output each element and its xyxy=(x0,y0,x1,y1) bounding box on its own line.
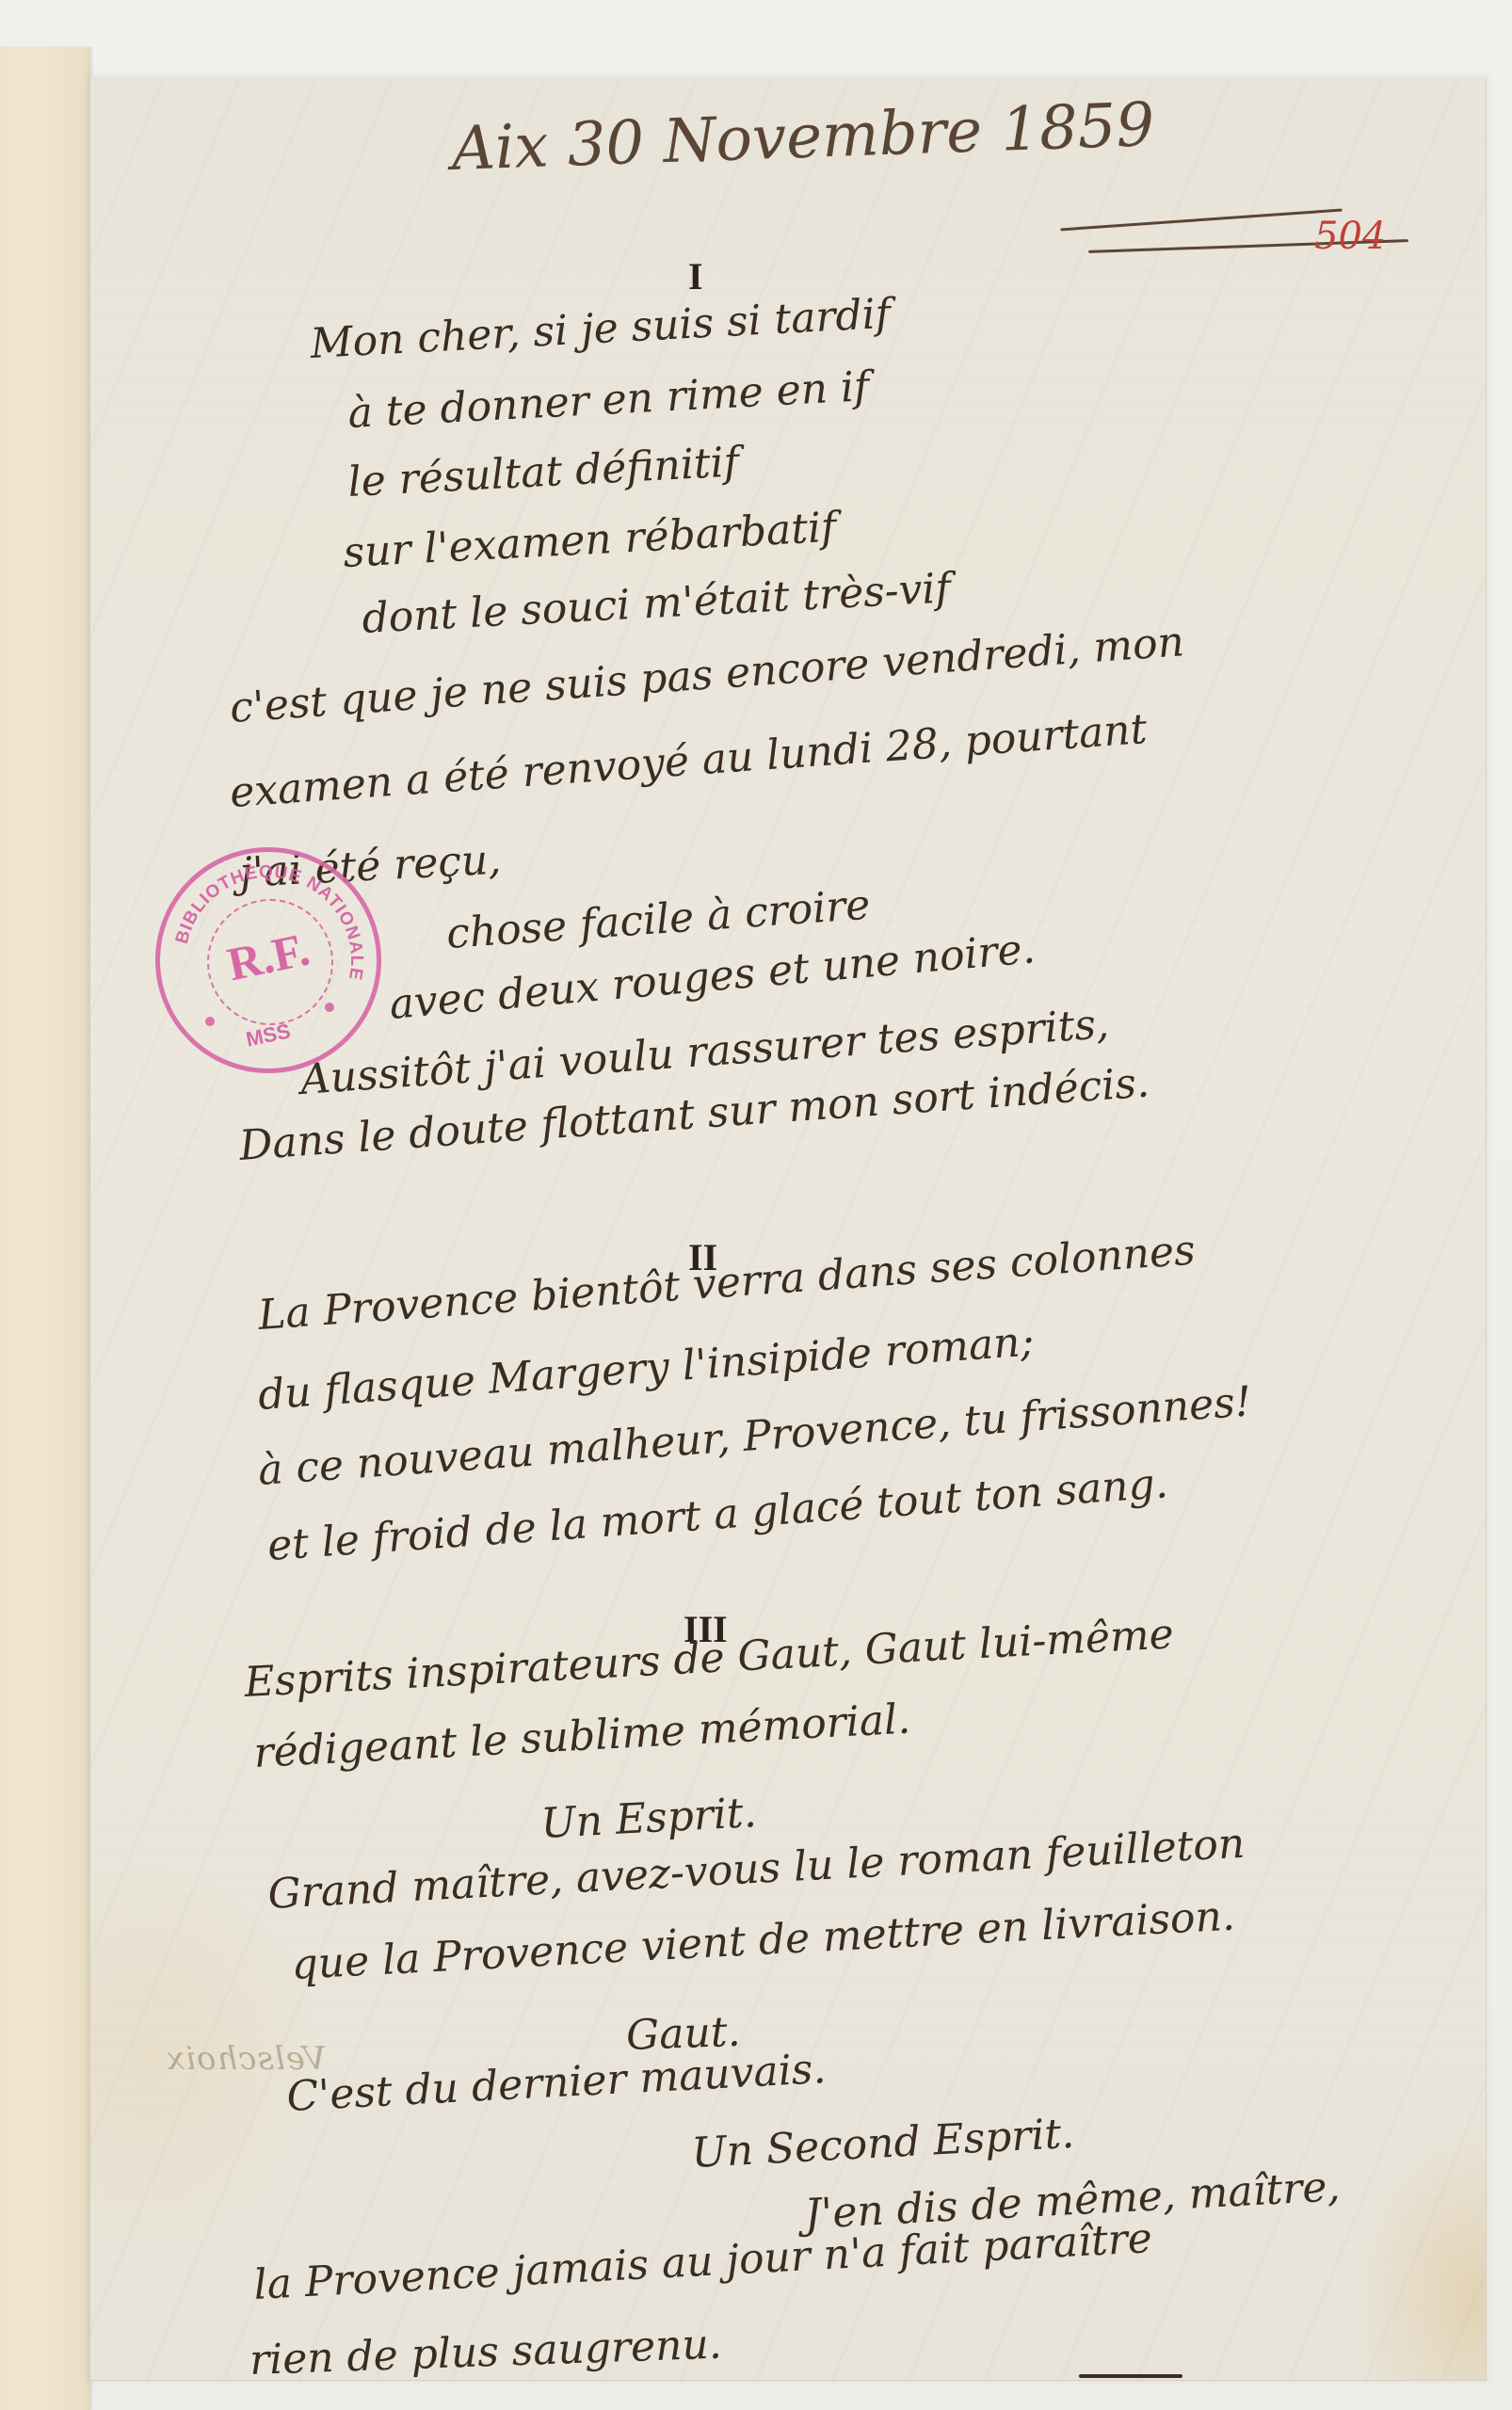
speaker-label: Un Esprit. xyxy=(539,1789,757,1848)
verse-line: Mon cher, si je suis si tardif xyxy=(309,290,892,368)
folio-number: 504 xyxy=(1314,215,1386,258)
verse-line: à te donner en rime en if xyxy=(346,362,870,438)
manuscript-page: Velschoix Aix 30 Novembre 1859 504 I Mon… xyxy=(90,77,1487,2381)
closing-dash xyxy=(1079,2374,1182,2378)
manuscript-scan: Velschoix Aix 30 Novembre 1859 504 I Mon… xyxy=(0,0,1512,2410)
section-numeral-1: I xyxy=(688,254,703,298)
date-underline xyxy=(1060,209,1342,232)
speaker-label: Un Second Esprit. xyxy=(690,2110,1075,2177)
verse-line: la Provence jamais au jour n'a fait para… xyxy=(252,2214,1153,2309)
binding-strip xyxy=(0,47,90,2410)
date-line: Aix 30 Novembre 1859 xyxy=(450,90,1155,185)
verse-line: rien de plus saugrenu. xyxy=(249,2321,722,2385)
library-stamp: BIBLIOTHÈQUE NATIONALE R.F. MSS xyxy=(155,847,381,1073)
bleed-through-texture xyxy=(90,77,1486,2380)
verse-line: rédigeant le sublime mémorial. xyxy=(252,1695,911,1777)
verse-line: C'est du dernier mauvais. xyxy=(285,2045,827,2121)
verse-line: le résultat définitif xyxy=(346,438,740,506)
verse-line: La Provence bientôt verra dans ses colon… xyxy=(256,1227,1197,1340)
verse-line: dont le souci m'était très-vif xyxy=(361,564,952,643)
stamp-dot xyxy=(205,1017,215,1026)
stamp-dot xyxy=(325,1003,334,1012)
verse-line: sur l'examen rébarbatif xyxy=(342,504,837,577)
